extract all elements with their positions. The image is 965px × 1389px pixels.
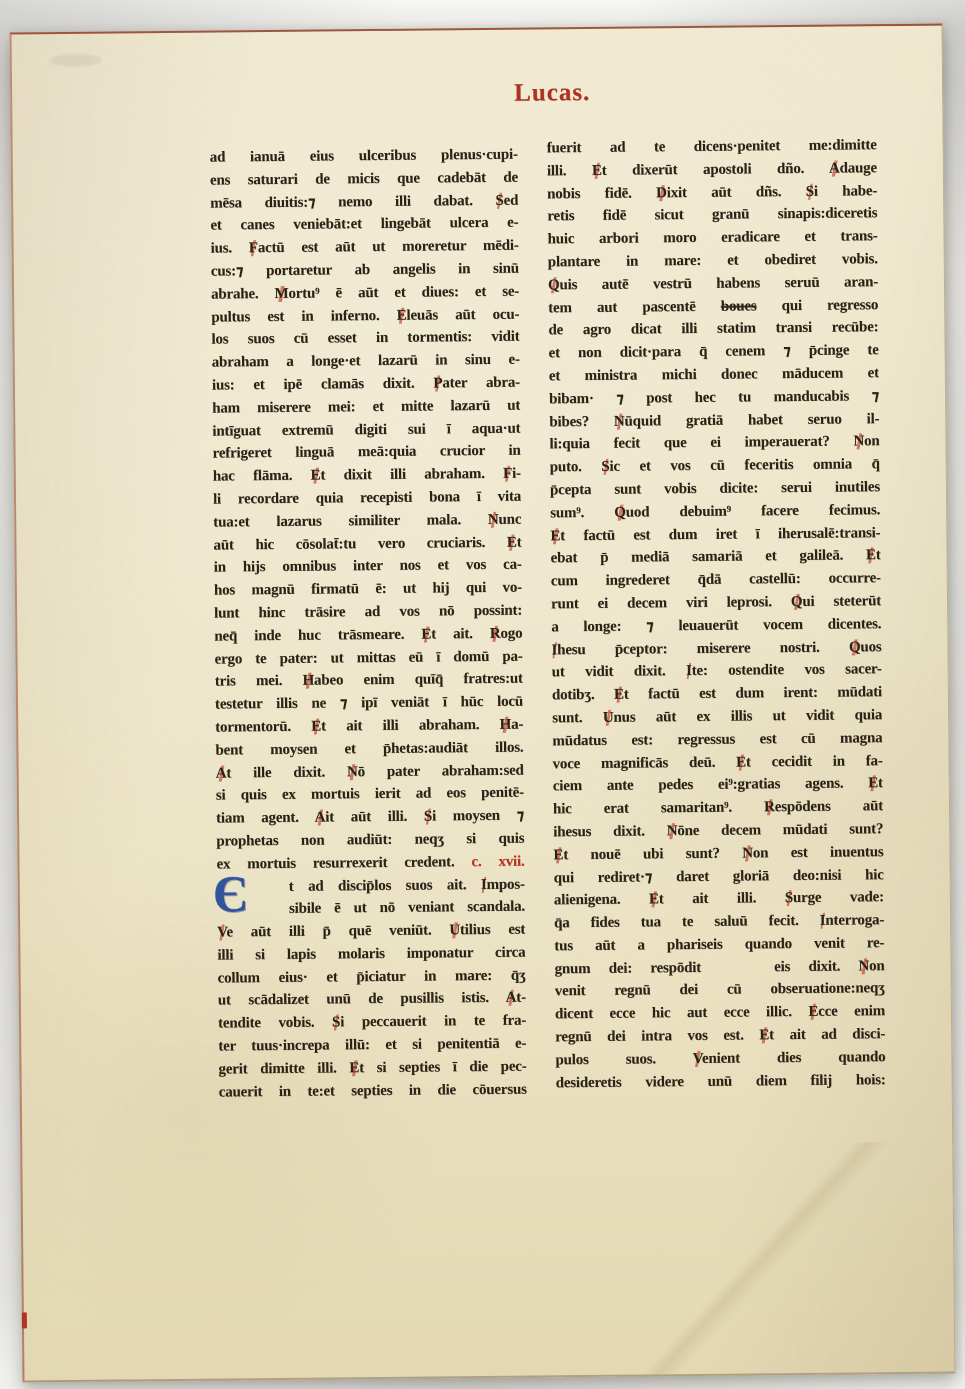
text-segment: bibam· ⁊ post hec tu manducabis ⁊: [549, 388, 879, 407]
text-line: lunt hinc trāsire ad vos nō possint:: [214, 600, 522, 626]
text-line: dotibʒ. Et factū est dum irent: mūdati: [552, 681, 882, 707]
text-segment: nus aūt ex illis ut vidit quia: [613, 707, 882, 726]
text-segment: abeo enim quīq̄ fratres:ut: [314, 671, 523, 689]
text-segment: abraham a longe·et lazarū in sinu e-: [212, 352, 520, 371]
text-column-right: fuerit ad te dicens·penitet me:dimitteil…: [547, 134, 886, 1095]
text-segment: neq̄ inde huc trāsmeare.: [214, 626, 421, 644]
text-segment: it aūt illi.: [325, 809, 424, 826]
text-line: venit regnū dei cū obseruatione:neqʒ: [555, 978, 885, 1004]
rubricated-capital: E: [349, 1060, 359, 1076]
text-segment: hos magnū firmatū ē: ut hij qui vo-: [214, 580, 522, 599]
text-segment: et ministra michi donec māducem et: [549, 365, 879, 384]
text-segment: hac flāma.: [213, 468, 311, 485]
text-segment: illi si lapis molaris imponatur circa: [217, 944, 525, 963]
text-segment: retis fidē sicut granū sinapis:diceretis: [547, 206, 877, 225]
text-line: bent moysen et p̄hetas:audiāt illos.: [215, 736, 523, 762]
text-segment: hic erat samaritan⁹.: [553, 799, 764, 817]
text-segment: ed: [503, 192, 518, 208]
text-segment: cce enim: [818, 1003, 885, 1020]
text-segment: enient dies quando: [702, 1049, 886, 1067]
pencil-smudge: [50, 54, 102, 67]
text-line: in hijs omnibus inter nos et vos ca-: [214, 554, 522, 580]
text-segment: t dixerūt apostoli dño.: [602, 160, 829, 178]
rubricated-capital: F: [503, 466, 512, 482]
text-segment: t ait illi.: [659, 890, 785, 907]
illuminated-initial-E: Є: [213, 868, 284, 927]
text-segment: los suos cū esset in tormentis: vidit: [211, 329, 519, 348]
text-segment: aūt hic cōsolat̄:tu vero cruciaris.: [213, 534, 507, 553]
text-line: ham miserere mei: et mitte lazarū ut: [212, 394, 520, 420]
text-segment: t factū est dum iret ī iherusalē:transi-: [560, 525, 880, 544]
text-segment: t dixit illi abraham.: [320, 466, 503, 484]
rubricated-capital: N: [853, 434, 864, 450]
rubricated-capital: U: [449, 922, 460, 938]
text-line: huic arbori moro eradicare et trans-: [547, 225, 877, 251]
rubricated-capital: A: [506, 990, 517, 1006]
text-line: p̄cepta sunt vobis dicite: serui inutile…: [550, 476, 880, 502]
red-edge-mark: [22, 1312, 27, 1328]
text-line: ter tuus·increpa illū: et si penitentiā …: [218, 1033, 526, 1059]
text-line: prophetas non audiūt: neqʒ si quis: [216, 828, 524, 854]
text-line: tua:et lazarus similiter mala. Nunc: [213, 508, 521, 534]
rubricated-capital: E: [311, 468, 321, 484]
text-segment: dicent ecce hic aut ecce illic.: [555, 1004, 809, 1022]
text-line: neq̄ inde huc trāsmeare. Et ait. Rogo: [214, 622, 522, 648]
text-segment: ius: et ipē clamās dixit.: [212, 375, 434, 393]
text-segment: ens saturari de micis que cadebāt de: [210, 169, 518, 188]
text-segment: cauerit in te:et septies in die cōuersus: [219, 1081, 527, 1100]
rubricated-capital: A: [829, 160, 840, 176]
text-line: retis fidē sicut granū sinapis:diceretis: [547, 203, 877, 229]
text-line: testetur illis ne ⁊ ipī veniāt ī hūc loc…: [215, 691, 523, 717]
vellum-crease: [602, 1142, 924, 1375]
text-segment: ogo: [500, 625, 522, 641]
rubricated-capital: S: [424, 809, 432, 825]
text-segment: ergo te pater: ut mittas eū ī domū pa-: [214, 648, 522, 667]
text-segment: illi.: [547, 163, 592, 179]
text-segment: lunt hinc trāsire ad vos nō possint:: [214, 603, 522, 622]
rubricated-capital: S: [332, 1015, 340, 1031]
text-line: li:quia fecit que ei imperauerat? Non: [549, 431, 879, 457]
text-segment: qui regresso: [756, 297, 878, 314]
text-line: pultus est in inferno. Eleuās aūt ocu-: [211, 303, 519, 329]
text-line: illi. Et dixerūt apostoli dño. Adauge: [547, 157, 877, 183]
rubricated-capital: D: [656, 185, 667, 201]
text-segment: nobis fidē.: [547, 185, 656, 202]
text-line: ad ianuā eius ulceribus plenus·cupi-: [210, 144, 518, 170]
text-line: alienigena. Et ait illi. Surge vade:: [554, 886, 884, 912]
rubricated-capital: V: [217, 925, 226, 941]
text-line: li recordare quia recepisti bona ī vita: [213, 486, 521, 512]
text-segment: a longe: ⁊ leuauerūt vocem dicentes.: [551, 616, 881, 635]
text-line: tiam agent. Ait aūt illi. Si moysen ⁊: [216, 805, 524, 831]
text-line: et ministra michi donec māducem et: [549, 362, 879, 388]
rubricated-capital: E: [649, 892, 659, 908]
text-line: dicent ecce hic aut ecce illic. Ecce eni…: [555, 1000, 885, 1026]
rubricated-capital: U: [603, 710, 614, 726]
text-segment: pultus est in inferno.: [211, 307, 397, 325]
text-line: voce magnificās deū. Et cecidit in fa-: [552, 750, 882, 776]
text-segment: bibes?: [549, 413, 614, 430]
rubricated-capital: E: [592, 163, 602, 179]
text-segment: sunt.: [552, 710, 603, 726]
rubricated-capital: N: [488, 512, 499, 528]
text-line: hac flāma. Et dixit illi abraham. Fi-: [213, 463, 521, 489]
text-segment: t cecidit in fa-: [746, 753, 883, 770]
rubricated-capital: A: [216, 765, 227, 781]
text-segment: tendite vobis.: [218, 1015, 332, 1032]
struck-word: boues: [721, 298, 757, 314]
rubricated-capital: N: [614, 413, 625, 429]
text-segment: ic et vos cū feceritis omnia q̄: [609, 456, 879, 475]
rubricated-capital: M: [274, 286, 288, 302]
text-segment: ut scādalizet unū de pusillis istis.: [218, 990, 506, 1009]
text-line: bibes? Nūquid gratiā habet seruo il-: [549, 408, 879, 434]
text-segment: sibile ē ut nō veniant scandala.: [289, 899, 525, 917]
text-segment: uos: [860, 639, 881, 655]
text-line: Ihesu p̄ceptor: miserere nostri. Quos: [551, 636, 881, 662]
text-segment: bent moysen et p̄hetas:audiāt illos.: [215, 739, 523, 758]
text-line: sum⁹. Quod debuim⁹ facere fecimus.: [550, 499, 880, 525]
text-line: illi si lapis molaris imponatur circa: [217, 941, 525, 967]
text-line: ebat p̄ mediā samariā et galileā. Et: [551, 545, 881, 571]
text-segment: mēsa diuitis:⁊ nemo illi dabat.: [210, 192, 495, 211]
text-segment: ciem ante pedes ei⁹:gratias agens.: [553, 776, 869, 795]
rubricated-capital: E: [421, 626, 431, 642]
text-segment: nterroga-: [825, 912, 884, 929]
text-line: si quis ex mortuis ierit ad eos penitē-: [216, 782, 524, 808]
text-segment: actū est aūt ut moreretur mēdi-: [258, 238, 519, 257]
text-line: hic erat samaritan⁹. Respōdens aūt: [553, 795, 883, 821]
text-segment: desideretis videre unū diem filij hois:: [556, 1072, 886, 1091]
chapter-heading: c. xvii.: [471, 853, 524, 870]
text-line: aūt hic cōsolat̄:tu vero cruciaris. Et: [213, 531, 521, 557]
rubricated-capital: H: [302, 673, 314, 689]
rubricated-capital: E: [866, 548, 876, 564]
rubricated-capital: N: [742, 845, 753, 861]
text-segment: pulos suos.: [555, 1051, 692, 1068]
text-segment: t ille dixit.: [226, 764, 347, 781]
rubricated-capital: Q: [849, 639, 861, 655]
text-segment: t: [517, 534, 522, 550]
text-segment: ham miserere mei: et mitte lazarū ut: [212, 397, 520, 416]
text-line: Et nouē ubi sunt? Non est inuentus: [553, 841, 883, 867]
rubricated-capital: E: [868, 776, 878, 792]
text-line: tem aut pascentē boues qui regresso: [548, 294, 878, 320]
text-segment: t nouē ubi sunt?: [563, 845, 742, 863]
text-segment: te: ostendite vos sacer-: [692, 661, 882, 679]
text-segment: unc: [498, 511, 521, 527]
rubricated-capital: E: [808, 1004, 818, 1020]
text-segment: runt ei decem viri leprosi.: [551, 594, 791, 612]
text-segment: voce magnificās deū.: [553, 754, 737, 772]
rubricated-capital: Q: [614, 504, 626, 520]
rubricated-capital: S: [806, 183, 814, 199]
text-segment: in hijs omnibus inter nos et vos ca-: [214, 557, 522, 576]
text-segment: a-: [511, 717, 523, 733]
text-segment: intīguat extremū digiti sui ī aqua·ut: [212, 420, 520, 439]
text-line: refrigeret linguā meā:quia crucior in: [212, 440, 520, 466]
text-segment: ater abra-: [442, 375, 520, 392]
text-line: a longe: ⁊ leuauerūt vocem dicentes.: [551, 613, 881, 639]
rubricated-capital: R: [764, 799, 775, 815]
text-segment: dotibʒ.: [552, 687, 614, 704]
text-segment: leuās aūt ocu-: [406, 306, 519, 323]
text-segment: mpos-: [486, 876, 524, 892]
text-segment: fuerit ad te dicens·penitet me:dimitte: [547, 137, 877, 156]
text-segment: puto.: [550, 459, 602, 475]
rubricated-capital: H: [500, 717, 512, 733]
text-segment: collum eius· et p̄iciatur in mare: q̄ʒ: [218, 967, 526, 986]
text-line: runt ei decem viri leprosi. Qui steterūt: [551, 590, 881, 616]
rubricated-capital: E: [311, 718, 321, 734]
text-segment: et non dicit·para q̄ cenem ⁊ p̄cinge te: [549, 342, 879, 361]
text-line: pulos suos. Venient dies quando: [555, 1046, 885, 1072]
rubricated-capital: E: [614, 687, 624, 703]
text-segment: li recordare quia recepisti bona ī vita: [213, 489, 521, 508]
rubricated-capital: E: [550, 528, 560, 544]
text-segment: ortu⁹ ē aūt et diues: et se-: [288, 283, 519, 301]
text-segment: ebat p̄ mediā samariā et galileā.: [551, 548, 867, 567]
rubricated-capital: E: [553, 847, 563, 863]
text-segment: tus aūt a phariseis quando venit re-: [554, 935, 884, 954]
text-line: Et factū est dum iret ī iherusalē:transi…: [550, 522, 880, 548]
text-line: ut vidit dixit. Ite: ostendite vos sacer…: [552, 658, 882, 684]
rubricated-capital: N: [667, 823, 678, 839]
text-segment: gnum dei: respōdit eis dixit.: [554, 958, 858, 977]
text-segment: ixit aūt dñs.: [667, 183, 806, 200]
rubricated-capital: Q: [548, 277, 560, 293]
text-line: ut scādalizet unū de pusillis istis. At-: [218, 987, 526, 1013]
text-line: At ille dixit. Nō pater abraham:sed: [216, 759, 524, 785]
text-segment: t si septies ī die pec-: [359, 1058, 526, 1076]
text-segment: regnū dei intra vos est.: [555, 1027, 759, 1045]
text-segment: tiam agent.: [216, 810, 315, 827]
text-segment: on est inuentus: [753, 844, 884, 861]
text-line: ergo te pater: ut mittas eū ī domū pa-: [214, 645, 522, 671]
text-segment: ōne decem mūdati sunt?: [677, 821, 883, 839]
text-segment: hesu p̄ceptor: miserere nostri.: [557, 639, 849, 658]
text-segment: uis autē vestrū habens seruū aran-: [559, 274, 878, 293]
text-line: hos magnū firmatū ē: ut hij qui vo-: [214, 577, 522, 603]
text-line: collum eius· et p̄iciatur in mare: q̄ʒ: [218, 964, 526, 990]
text-line: ciem ante pedes ei⁹:gratias agens. Et: [553, 772, 883, 798]
rubricated-capital: Q: [791, 594, 803, 610]
text-segment: t-: [516, 990, 526, 1006]
text-segment: ter tuus·increpa illū: et si penitentiā …: [218, 1036, 526, 1055]
text-segment: t ait.: [431, 626, 490, 643]
text-segment: t factū est dum irent: mūdati: [624, 684, 882, 702]
text-line: gerit dimitte illi. Et si septies ī die …: [218, 1055, 526, 1081]
text-segment: t ait illi abraham.: [321, 717, 500, 735]
text-segment: q̄a fides tua te saluū fecit.: [554, 913, 820, 932]
text-segment: t: [876, 548, 881, 564]
text-line: et non dicit·para q̄ cenem ⁊ p̄cinge te: [549, 339, 879, 365]
text-line: sunt. Unus aūt ex illis ut vidit quia: [552, 704, 882, 730]
text-line: tendite vobis. Si peccauerit in te fra-: [218, 1010, 526, 1036]
text-segment: tormentorū.: [215, 719, 311, 736]
text-segment: tilius est: [460, 922, 525, 939]
text-segment: dauge: [839, 160, 876, 176]
text-segment: sum⁹.: [550, 504, 614, 521]
rubricated-capital: E: [507, 534, 517, 550]
text-segment: p̄cepta sunt vobis dicite: serui inutile…: [550, 479, 880, 498]
text-line: regnū dei intra vos est. Et ait ad disci…: [555, 1023, 885, 1049]
text-line: bibam· ⁊ post hec tu manducabis ⁊: [549, 385, 879, 411]
text-segment: si quis ex mortuis ierit ad eos penitē-: [216, 785, 524, 804]
text-segment: on: [864, 434, 880, 450]
text-segment: qui rediret·⁊ daret gloriā deo:nisi hic: [554, 867, 884, 886]
text-column-left: Є ad ianuā eius ulceribus plenus·cupi-en…: [210, 144, 527, 1104]
text-segment: ad ianuā eius ulceribus plenus·cupi-: [210, 147, 518, 166]
text-segment: i moysen ⁊: [432, 808, 524, 825]
text-line: puto. Sic et vos cū feceritis omnia q̄: [550, 453, 880, 479]
text-segment: tem aut pascentē: [548, 298, 721, 316]
text-segment: i peccauerit in te fra-: [340, 1013, 526, 1031]
text-segment: ihesus dixit.: [553, 823, 667, 840]
text-segment: testetur illis ne ⁊ ipī veniāt ī hūc loc…: [215, 694, 523, 713]
text-segment: on: [869, 958, 885, 974]
rubricated-capital: N: [858, 958, 869, 974]
rubricated-capital: R: [490, 626, 501, 642]
text-line: Quis autē vestrū habens seruū aran-: [548, 271, 878, 297]
text-line: cum ingrederet q̄dā castellū: occurre-: [551, 567, 881, 593]
rubricated-capital: E: [397, 307, 407, 323]
text-line: et canes veniebāt:et lingebāt ulcera e-: [210, 212, 518, 238]
rubricated-capital: V: [693, 1051, 702, 1067]
text-line: de agro dicat illi statim transi recūbe:: [548, 317, 878, 343]
rubricated-capital: N: [347, 764, 358, 780]
text-line: tormentorū. Et ait illi abraham. Ha-: [215, 714, 523, 740]
text-line: q̄a fides tua te saluū fecit. Interroga-: [554, 909, 884, 935]
text-segment: prophetas non audiūt: neqʒ si quis: [216, 831, 524, 850]
text-segment: i habe-: [814, 183, 877, 200]
rubricated-capital: A: [315, 810, 326, 826]
text-line: ihesus dixit. Nōne decem mūdati sunt?: [553, 818, 883, 844]
rubricated-capital: E: [759, 1027, 769, 1043]
rubricated-capital: S: [601, 459, 609, 475]
text-line: ius: et ipē clamās dixit. Pater abra-: [212, 372, 520, 398]
text-line: fuerit ad te dicens·penitet me:dimitte: [547, 134, 877, 160]
text-segment: cus:⁊ portaretur ab angelis in sinū: [211, 261, 519, 280]
text-line: plantare in mare: et obediret vobis.: [548, 248, 878, 274]
text-segment: ūquid gratiā habet seruo il-: [624, 411, 879, 429]
text-segment: refrigeret linguā meā:quia crucior in: [213, 443, 521, 462]
text-line: gnum dei: respōdit eis dixit. Non: [554, 955, 884, 981]
text-segment: plantare in mare: et obediret vobis.: [548, 251, 878, 270]
text-segment: venit regnū dei cū obseruatione:neqʒ: [555, 981, 885, 1000]
text-segment: de agro dicat illi statim transi recūbe:: [548, 320, 878, 339]
manuscript-leaf: Lucas. Є ad ianuā eius ulceribus plenus·…: [10, 24, 956, 1383]
text-line: abraham a longe·et lazarū in sinu e-: [212, 349, 520, 375]
text-segment: et canes veniebāt:et lingebāt ulcera e-: [210, 215, 518, 234]
running-title: Lucas.: [208, 76, 896, 111]
text-segment: abrahe.: [211, 286, 275, 303]
text-line: ens saturari de micis que cadebāt de: [210, 166, 518, 192]
text-segment: alienigena.: [554, 892, 649, 909]
text-segment: uod debuim⁹ facere fecimus.: [626, 502, 881, 520]
text-segment: ius.: [211, 240, 249, 256]
text-line: cauerit in te:et septies in die cōuersus: [219, 1078, 527, 1104]
text-line: nobis fidē. Dixit aūt dñs. Si habe-: [547, 180, 877, 206]
text-segment: ut vidit dixit.: [552, 663, 686, 680]
text-segment: urge vade:: [793, 889, 884, 906]
text-segment: tris mei.: [215, 673, 303, 690]
text-segment: tua:et lazarus similiter mala.: [213, 512, 488, 531]
text-line: desideretis videre unū diem filij hois:: [556, 1069, 886, 1095]
text-line: cus:⁊ portaretur ab angelis in sinū: [211, 258, 519, 284]
text-segment: li:quia fecit que ei imperauerat?: [549, 434, 853, 453]
text-line: abrahe. Mortu⁹ ē aūt et diues: et se-: [211, 280, 519, 306]
text-line: ius. Factū est aūt ut moreretur mēdi-: [211, 235, 519, 261]
text-segment: ō pater abraham:sed: [358, 762, 524, 780]
text-line: qui rediret·⁊ daret gloriā deo:nisi hic: [554, 864, 884, 890]
rubricated-capital: S: [785, 890, 793, 906]
text-segment: t ad discip̄los suos ait.: [289, 877, 481, 895]
text-line: mēsa diuitis:⁊ nemo illi dabat. Sed: [210, 189, 518, 215]
rubricated-capital: F: [249, 240, 258, 256]
text-segment: gerit dimitte illi.: [218, 1060, 349, 1077]
text-line: los suos cū esset in tormentis: vidit: [211, 326, 519, 352]
text-segment: mūdatus est: regressus est cū magna: [552, 730, 882, 749]
text-segment: i-: [512, 466, 521, 482]
text-segment: t: [878, 775, 883, 791]
text-line: intīguat extremū digiti sui ī aqua·ut: [212, 417, 520, 443]
text-segment: ui steterūt: [802, 593, 881, 610]
text-segment: espōdens aūt: [775, 798, 883, 815]
photo-backdrop: Lucas. Є ad ianuā eius ulceribus plenus·…: [0, 0, 965, 1389]
text-segment: t ait ad disci-: [769, 1026, 885, 1043]
text-line: mūdatus est: regressus est cū magna: [552, 727, 882, 753]
text-segment: huic arbori moro eradicare et trans-: [547, 228, 877, 247]
text-line: tris mei. Habeo enim quīq̄ fratres:ut: [215, 668, 523, 694]
text-line: tus aūt a phariseis quando venit re-: [554, 932, 884, 958]
text-segment: cum ingrederet q̄dā castellū: occurre-: [551, 570, 881, 589]
